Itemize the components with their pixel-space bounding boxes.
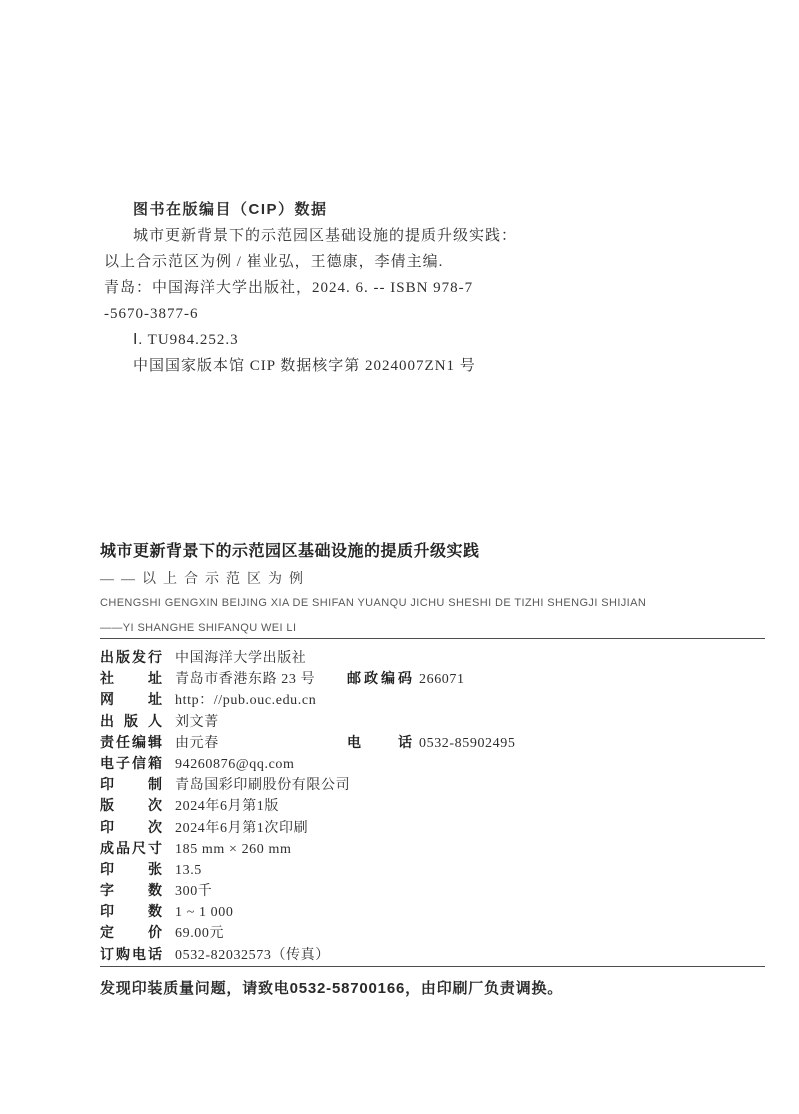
cip-block: 图书在版编目（CIP）数据 城市更新背景下的示范园区基础设施的提质升级实践： 以… — [104, 197, 534, 379]
colophon-label: 出版发行 — [100, 647, 162, 668]
colophon-label: 版次 — [100, 795, 162, 816]
cip-record-number: 中国国家版本馆 CIP 数据核字第 2024007ZN1 号 — [104, 353, 534, 379]
colophon-row-wordcount: 字数300千 — [100, 880, 765, 901]
colophon-row-email: 电子信箱94260876@qq.com — [100, 753, 765, 774]
colophon-value: 185 mm × 260 mm — [175, 839, 291, 860]
colophon-value: 300千 — [175, 881, 212, 902]
colophon-row-website: 网址http：//pub.ouc.edu.cn — [100, 689, 765, 710]
colophon-row-impression: 印次2024年6月第1次印刷 — [100, 817, 765, 838]
cip-line: -5670-3877-6 — [104, 301, 534, 327]
cip-classification: Ⅰ. TU984.252.3 — [104, 327, 534, 353]
divider-top — [100, 638, 765, 639]
colophon-label: 印数 — [100, 901, 162, 922]
cip-heading: 图书在版编目（CIP）数据 — [104, 197, 534, 223]
book-title-pinyin: CHENGSHI GENGXIN BEIJING XIA DE SHIFAN Y… — [100, 591, 700, 616]
colophon-row-orderphone: 订购电话0532-82032573（传真） — [100, 944, 765, 965]
colophon-row-sheets: 印张13.5 — [100, 859, 765, 880]
colophon-label: 电话 — [347, 732, 412, 753]
colophon-value: 刘文菁 — [175, 712, 219, 733]
colophon-value: 2024年6月第1版 — [175, 796, 279, 817]
colophon-label: 印次 — [100, 817, 162, 838]
colophon-value: 94260876@qq.com — [175, 754, 295, 775]
colophon-label: 社址 — [100, 668, 162, 689]
colophon-row-size: 成品尺寸185 mm × 260 mm — [100, 838, 765, 859]
colophon-value: 青岛国彩印刷股份有限公司 — [175, 775, 350, 796]
colophon-label: 定价 — [100, 922, 162, 943]
colophon-row-printrun: 印数1 ~ 1 000 — [100, 901, 765, 922]
title-block: 城市更新背景下的示范园区基础设施的提质升级实践 ——以上合示范区为例 CHENG… — [100, 541, 700, 641]
colophon-label: 成品尺寸 — [100, 838, 162, 859]
cip-line: 以上合示范区为例 / 崔业弘，王德康，李倩主编. — [104, 249, 534, 275]
colophon-label: 出版人 — [100, 711, 162, 732]
colophon-table: 出版发行中国海洋大学出版社 社址青岛市香港东路 23 号 邮政编码266071 … — [100, 647, 765, 965]
colophon-row-printer: 印制青岛国彩印刷股份有限公司 — [100, 774, 765, 795]
colophon-col2: 邮政编码266071 — [347, 668, 465, 690]
book-title: 城市更新背景下的示范园区基础设施的提质升级实践 — [100, 541, 700, 563]
colophon-label: 印张 — [100, 859, 162, 880]
colophon-label: 网址 — [100, 689, 162, 710]
colophon-value: 由元春 — [175, 733, 219, 754]
colophon-label: 电子信箱 — [100, 753, 162, 774]
colophon-value: 0532-82032573（传真） — [175, 945, 330, 966]
colophon-row-publisher-person: 出版人刘文菁 — [100, 711, 765, 732]
colophon-row-edition: 版次2024年6月第1版 — [100, 795, 765, 816]
divider-bottom — [100, 966, 765, 967]
book-copyright-page: 图书在版编目（CIP）数据 城市更新背景下的示范园区基础设施的提质升级实践： 以… — [0, 0, 799, 1114]
cip-line: 城市更新背景下的示范园区基础设施的提质升级实践： — [104, 223, 534, 249]
colophon-value: http：//pub.ouc.edu.cn — [175, 690, 316, 711]
colophon-row-publisher: 出版发行中国海洋大学出版社 — [100, 647, 765, 668]
colophon-value: 青岛市香港东路 23 号 — [175, 669, 315, 690]
colophon-value: 13.5 — [175, 860, 202, 881]
colophon-label: 字数 — [100, 880, 162, 901]
colophon-label: 订购电话 — [100, 944, 162, 965]
colophon-row-price: 定价69.00元 — [100, 922, 765, 943]
colophon-value: 1 ~ 1 000 — [175, 902, 233, 923]
colophon-label: 印制 — [100, 774, 162, 795]
cip-line: 青岛：中国海洋大学出版社，2024. 6. -- ISBN 978-7 — [104, 275, 534, 301]
colophon-value: 0532-85902495 — [419, 733, 515, 754]
colophon-label: 邮政编码 — [347, 668, 412, 689]
colophon-value: 266071 — [419, 669, 465, 690]
book-subtitle: ——以上合示范区为例 — [100, 569, 700, 591]
colophon-col2: 电话0532-85902495 — [347, 732, 515, 754]
colophon-value: 69.00元 — [175, 923, 224, 944]
colophon-row-address: 社址青岛市香港东路 23 号 邮政编码266071 — [100, 668, 765, 689]
colophon-value: 2024年6月第1次印刷 — [175, 818, 308, 839]
colophon-label: 责任编辑 — [100, 732, 162, 753]
colophon-row-editor: 责任编辑由元春 电话0532-85902495 — [100, 732, 765, 753]
quality-notice: 发现印装质量问题，请致电0532-58700166，由印刷厂负责调换。 — [100, 978, 765, 1000]
colophon-value: 中国海洋大学出版社 — [175, 648, 306, 669]
